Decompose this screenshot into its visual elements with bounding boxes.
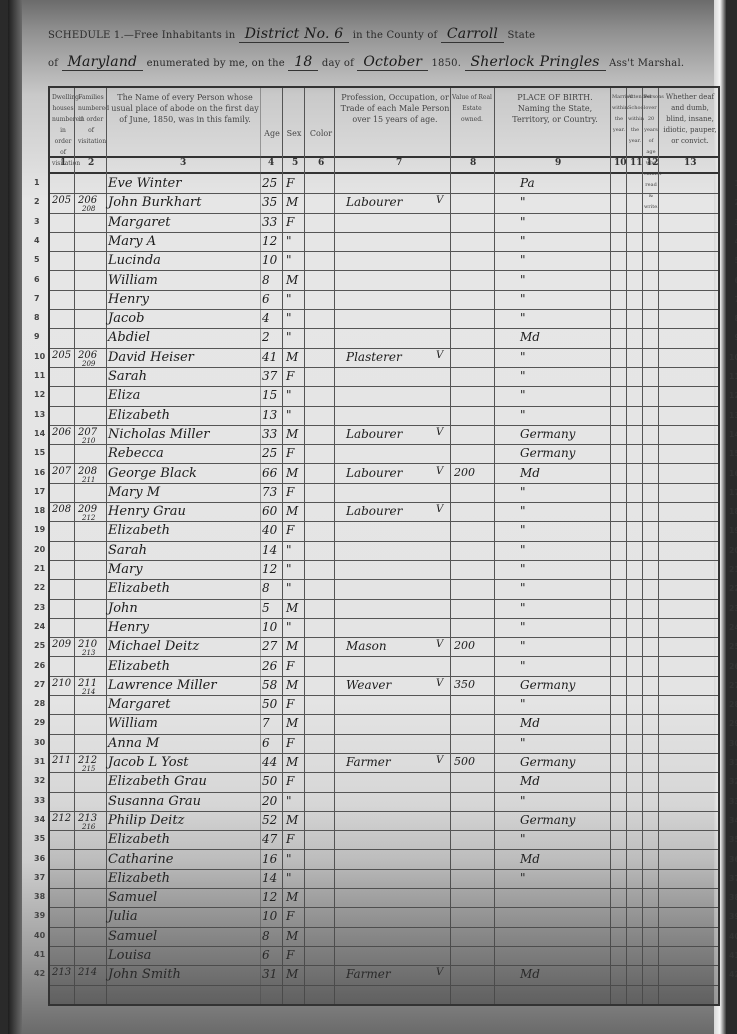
col-header-occupation: Profession, Occupation, or Trade of each… xyxy=(340,92,450,125)
line-number-right: 13 xyxy=(729,411,737,420)
line-number-right: 17 xyxy=(729,488,737,497)
table-row: 2 205 206 208 John Burkhart 35 M Laboure… xyxy=(50,193,718,213)
dwelling-number: 208 xyxy=(52,504,71,515)
birthplace: " xyxy=(520,408,526,422)
person-age: 40 xyxy=(262,523,277,537)
state-prefix: of xyxy=(48,58,58,69)
dwelling-number: 209 xyxy=(52,639,71,650)
line-number-right: 22 xyxy=(729,584,737,593)
line-number-left: 21 xyxy=(34,564,45,573)
line-number-left: 38 xyxy=(34,892,45,901)
table-row: 11 Sarah 37 F " 11 xyxy=(50,367,718,387)
birthplace: " xyxy=(520,504,526,518)
person-age: 16 xyxy=(262,852,277,866)
col-num-3: 3 xyxy=(180,158,186,168)
person-name: Abdiel xyxy=(108,330,150,345)
occupation-check: V xyxy=(436,466,443,477)
person-sex: " xyxy=(286,234,292,248)
occupation-check: V xyxy=(436,967,443,978)
person-age: 41 xyxy=(262,350,277,364)
table-row: 36 Catharine 16 " Md 36 xyxy=(50,850,718,870)
line-number-left: 40 xyxy=(34,931,45,940)
title-line-2: of Maryland enumerated by me, on the 18 … xyxy=(48,54,684,70)
table-row: 9 Abdiel 2 " Md 9 xyxy=(50,328,718,348)
person-occupation: Labourer xyxy=(346,466,402,480)
person-name: Sarah xyxy=(108,543,147,558)
occupation-check: V xyxy=(436,755,443,766)
person-age: 20 xyxy=(262,794,277,808)
dwelling-number: 205 xyxy=(52,350,71,361)
line-number-left: 2 xyxy=(34,197,40,206)
person-name: Margaret xyxy=(108,697,170,712)
birthplace: " xyxy=(520,350,526,364)
col-header-family: Families numbered in order of visitation xyxy=(78,92,104,147)
table-row: 35 Elizabeth 47 F " 35 xyxy=(50,830,718,850)
birthplace: Md xyxy=(520,716,540,730)
birthplace: " xyxy=(520,794,526,808)
real-estate-value: 500 xyxy=(454,755,475,768)
person-sex: M xyxy=(286,716,298,730)
table-row: 10 205 206 209 David Heiser 41 M Plaster… xyxy=(50,348,718,368)
line-number-left: 3 xyxy=(34,217,40,226)
line-number-left: 1 xyxy=(34,178,40,187)
table-row: 6 William 8 M " 6 xyxy=(50,271,718,291)
birthplace: " xyxy=(520,253,526,267)
person-name: George Black xyxy=(108,466,197,481)
year-label: 1850. xyxy=(431,58,461,69)
table-row: 23 John 5 M " 23 xyxy=(50,599,718,619)
person-age: 35 xyxy=(262,195,277,209)
col-num-5: 5 xyxy=(292,158,298,168)
col-num-2: 2 xyxy=(88,158,94,168)
line-number-right: 24 xyxy=(729,623,737,632)
birthplace: Md xyxy=(520,330,540,344)
table-row: 12 Eliza 15 " " 12 xyxy=(50,386,718,406)
person-age: 25 xyxy=(262,176,277,190)
person-age: 60 xyxy=(262,504,277,518)
line-number-left: 11 xyxy=(34,371,45,380)
person-sex: " xyxy=(286,388,292,402)
birthplace: " xyxy=(520,639,526,653)
birthplace: " xyxy=(520,581,526,595)
col-header-real-estate: Value of Real Estate owned. xyxy=(452,92,492,125)
line-number-left: 8 xyxy=(34,313,40,322)
person-age: 33 xyxy=(262,427,277,441)
line-number-left: 16 xyxy=(34,468,45,477)
line-number-right: 31 xyxy=(729,758,737,767)
birthplace: Germany xyxy=(520,446,575,460)
person-name: Elizabeth xyxy=(108,408,170,423)
person-sex: M xyxy=(286,195,298,209)
person-name: Mary M xyxy=(108,485,160,500)
line-number-right: 40 xyxy=(729,932,737,941)
line-number-left: 9 xyxy=(34,332,40,341)
birthplace: " xyxy=(520,562,526,576)
table-row: 13 Elizabeth 13 " " 13 xyxy=(50,406,718,426)
table-row: 42 213 214 John Smith 31 M Farmer V Md 4… xyxy=(50,965,718,985)
county-value: Carroll xyxy=(441,26,504,43)
person-sex: " xyxy=(286,562,292,576)
person-sex: F xyxy=(286,215,294,229)
person-name: Jacob L Yost xyxy=(108,755,188,770)
page-edge-left xyxy=(8,0,22,1034)
person-age: 8 xyxy=(262,581,270,595)
table-row: 1 Eve Winter 25 F Pa 1 xyxy=(50,174,718,194)
line-number-left: 17 xyxy=(34,487,45,496)
line-number-right: 26 xyxy=(729,662,737,671)
person-name: Elizabeth xyxy=(108,581,170,596)
col-num-6: 6 xyxy=(318,158,324,168)
birthplace: Germany xyxy=(520,427,575,441)
line-number-left: 36 xyxy=(34,854,45,863)
birthplace: Md xyxy=(520,852,540,866)
birthplace: " xyxy=(520,369,526,383)
line-number-left: 35 xyxy=(34,834,45,843)
person-age: 14 xyxy=(262,871,277,885)
line-number-left: 42 xyxy=(34,969,45,978)
person-name: David Heiser xyxy=(108,350,194,365)
line-number-left: 15 xyxy=(34,448,45,457)
state-label: State xyxy=(507,30,535,41)
table-row: 25 209 210 213 Michael Deitz 27 M Mason … xyxy=(50,637,718,657)
line-number-left: 6 xyxy=(34,275,40,284)
col-num-8: 8 xyxy=(470,158,476,168)
real-estate-value: 200 xyxy=(454,639,475,652)
person-age: 13 xyxy=(262,408,277,422)
line-number-left: 13 xyxy=(34,410,45,419)
col-header-sex: Sex xyxy=(284,128,304,139)
person-name: Margaret xyxy=(108,215,170,230)
person-sex: M xyxy=(286,466,298,480)
table-row: 29 William 7 M Md 29 xyxy=(50,714,718,734)
table-row: 33 Susanna Grau 20 " " 33 xyxy=(50,792,718,812)
dwelling-number: 206 xyxy=(52,427,71,438)
person-occupation: Labourer xyxy=(346,427,402,441)
person-age: 44 xyxy=(262,755,277,769)
person-name: Henry Grau xyxy=(108,504,186,519)
birthplace: " xyxy=(520,736,526,750)
person-name: Philip Deitz xyxy=(108,813,184,828)
line-number-right: 15 xyxy=(729,449,737,458)
person-name: Elizabeth xyxy=(108,523,170,538)
district-value: District No. 6 xyxy=(239,26,350,43)
line-number-left: 33 xyxy=(34,796,45,805)
state-value: Maryland xyxy=(62,54,144,71)
marshal-label: Ass't Marshal. xyxy=(609,58,684,69)
person-age: 25 xyxy=(262,446,277,460)
column-headers: Dwelling-houses numbered in order of vis… xyxy=(50,88,718,158)
person-age: 4 xyxy=(262,311,270,325)
person-sex: F xyxy=(286,485,294,499)
person-name: William xyxy=(108,716,158,731)
table-row: 21 Mary 12 " " 21 xyxy=(50,560,718,580)
table-row: 20 Sarah 14 " " 20 xyxy=(50,541,718,561)
col-num-1: 1 xyxy=(60,158,66,168)
person-occupation: Weaver xyxy=(346,678,391,692)
person-sex: M xyxy=(286,678,298,692)
person-sex: M xyxy=(286,601,298,615)
day-value: 18 xyxy=(288,54,318,71)
person-age: 6 xyxy=(262,948,270,962)
person-sex: " xyxy=(286,330,292,344)
birthplace: " xyxy=(520,292,526,306)
birthplace: " xyxy=(520,215,526,229)
line-number-left: 25 xyxy=(34,641,45,650)
person-age: 37 xyxy=(262,369,277,383)
person-sex: M xyxy=(286,813,298,827)
line-number-left: 28 xyxy=(34,699,45,708)
family-number: 214 xyxy=(78,967,97,978)
line-number-right: 11 xyxy=(729,372,737,381)
person-name: Samuel xyxy=(108,929,157,944)
line-number-right: 38 xyxy=(729,893,737,902)
table-row: 4 Mary A 12 " " 4 xyxy=(50,232,718,252)
table-row: 7 Henry 6 " " 7 xyxy=(50,290,718,310)
person-occupation: Mason xyxy=(346,639,387,653)
person-sex: M xyxy=(286,967,298,981)
occupation-check: V xyxy=(436,504,443,515)
person-name: Elizabeth xyxy=(108,871,170,886)
line-number-right: 23 xyxy=(729,604,737,613)
table-row: 17 Mary M 73 F " 17 xyxy=(50,483,718,503)
table-row: 39 Julia 10 F 39 xyxy=(50,907,718,927)
person-sex: " xyxy=(286,543,292,557)
person-name: Mary A xyxy=(108,234,156,249)
line-number-right: 29 xyxy=(729,719,737,728)
person-age: 8 xyxy=(262,929,270,943)
line-number-left: 5 xyxy=(34,255,40,264)
col-num-4: 4 xyxy=(268,158,274,168)
person-name: John xyxy=(108,601,138,616)
person-age: 66 xyxy=(262,466,277,480)
birthplace: Pa xyxy=(520,176,535,190)
person-sex: M xyxy=(286,929,298,943)
person-name: John Burkhart xyxy=(108,195,202,210)
line-number-right: 18 xyxy=(729,507,737,516)
line-number-left: 4 xyxy=(34,236,40,245)
col-num-11: 11 xyxy=(630,158,643,168)
line-number-left: 12 xyxy=(34,390,45,399)
person-age: 47 xyxy=(262,832,277,846)
person-name: Jacob xyxy=(108,311,144,326)
line-number-right: 14 xyxy=(729,430,737,439)
table-row: 41 Louisa 6 F 41 xyxy=(50,946,718,966)
col-num-10: 10 xyxy=(614,158,627,168)
table-row: 40 Samuel 8 M 40 xyxy=(50,927,718,947)
table-row: 14 206 207 210 Nicholas Miller 33 M Labo… xyxy=(50,425,718,445)
person-sex: M xyxy=(286,890,298,904)
person-age: 10 xyxy=(262,253,277,267)
person-name: Mary xyxy=(108,562,143,577)
birthplace: " xyxy=(520,234,526,248)
table-row: 38 Samuel 12 M 38 xyxy=(50,888,718,908)
person-age: 31 xyxy=(262,967,277,981)
line-number-right: 20 xyxy=(729,546,737,555)
county-label: in the County of xyxy=(353,30,438,41)
line-number-right: 19 xyxy=(729,526,737,535)
title-line-1: SCHEDULE 1.—Free Inhabitants in District… xyxy=(48,26,535,42)
person-name: Elizabeth Grau xyxy=(108,774,207,789)
line-number-left: 31 xyxy=(34,757,45,766)
person-name: Eve Winter xyxy=(108,176,181,191)
person-name: Eliza xyxy=(108,388,140,403)
person-sex: " xyxy=(286,581,292,595)
table-row: 27 210 211 214 Lawrence Miller 58 M Weav… xyxy=(50,676,718,696)
line-number-left: 22 xyxy=(34,583,45,592)
line-number-left: 23 xyxy=(34,603,45,612)
person-occupation: Labourer xyxy=(346,504,402,518)
birthplace: Germany xyxy=(520,755,575,769)
occupation-check: V xyxy=(436,350,443,361)
line-number-right: 32 xyxy=(729,777,737,786)
person-age: 12 xyxy=(262,890,277,904)
dwelling-number: 212 xyxy=(52,813,71,824)
person-sex: F xyxy=(286,446,294,460)
person-age: 27 xyxy=(262,639,277,653)
person-sex: " xyxy=(286,852,292,866)
person-age: 6 xyxy=(262,736,270,750)
person-age: 73 xyxy=(262,485,277,499)
occupation-check: V xyxy=(436,639,443,650)
col-num-13: 13 xyxy=(684,158,697,168)
line-number-left: 24 xyxy=(34,622,45,631)
person-age: 14 xyxy=(262,543,277,557)
census-table: Dwelling-houses numbered in order of vis… xyxy=(48,86,720,1006)
birthplace: " xyxy=(520,601,526,615)
person-occupation: Farmer xyxy=(346,755,391,769)
birthplace: " xyxy=(520,697,526,711)
table-row: 32 Elizabeth Grau 50 F Md 32 xyxy=(50,772,718,792)
month-label: day of xyxy=(322,58,354,69)
line-number-left: 10 xyxy=(34,352,45,361)
dwelling-number: 210 xyxy=(52,678,71,689)
birthplace: " xyxy=(520,620,526,634)
person-name: Samuel xyxy=(108,890,157,905)
table-row: 18 208 209 212 Henry Grau 60 M Labourer … xyxy=(50,502,718,522)
person-sex: F xyxy=(286,697,294,711)
person-occupation: Labourer xyxy=(346,195,402,209)
person-name: Anna M xyxy=(108,736,159,751)
line-number-right: 42 xyxy=(729,970,737,979)
line-number-left: 37 xyxy=(34,873,45,882)
birthplace: " xyxy=(520,659,526,673)
person-age: 6 xyxy=(262,292,270,306)
table-row: 8 Jacob 4 " " 8 xyxy=(50,309,718,329)
table-row: 34 212 213 216 Philip Deitz 52 M Germany… xyxy=(50,811,718,831)
person-occupation: Farmer xyxy=(346,967,391,981)
line-number-left: 29 xyxy=(34,718,45,727)
person-sex: F xyxy=(286,948,294,962)
table-row: 16 207 208 211 George Black 66 M Laboure… xyxy=(50,464,718,484)
line-number-left: 30 xyxy=(34,738,45,747)
birthplace: " xyxy=(520,388,526,402)
person-name: Elizabeth xyxy=(108,832,170,847)
person-sex: F xyxy=(286,774,294,788)
birthplace: " xyxy=(520,311,526,325)
line-number-left: 26 xyxy=(34,661,45,670)
person-sex: M xyxy=(286,504,298,518)
col-header-age: Age xyxy=(262,128,282,139)
col-header-color: Color xyxy=(308,128,334,139)
line-number-right: 41 xyxy=(729,951,737,960)
table-row: 28 Margaret 50 F " 28 xyxy=(50,695,718,715)
line-number-right: 21 xyxy=(729,565,737,574)
person-sex: F xyxy=(286,909,294,923)
person-sex: F xyxy=(286,369,294,383)
line-number-left: 7 xyxy=(34,294,40,303)
line-number-right: 16 xyxy=(729,469,737,478)
table-row: 3 Margaret 33 F " 3 xyxy=(50,213,718,233)
person-sex: " xyxy=(286,871,292,885)
line-number-left: 18 xyxy=(34,506,45,515)
line-number-left: 27 xyxy=(34,680,45,689)
real-estate-value: 350 xyxy=(454,678,475,691)
person-sex: " xyxy=(286,620,292,634)
person-name: Nicholas Miller xyxy=(108,427,209,442)
table-row: 5 Lucinda 10 " " 5 xyxy=(50,251,718,271)
marshal-value: Sherlock Pringles xyxy=(465,54,606,71)
line-number-right: 34 xyxy=(729,816,737,825)
person-sex: " xyxy=(286,311,292,325)
col-header-infirmity: Whether deaf and dumb, blind, insane, id… xyxy=(662,92,718,147)
birthplace: Md xyxy=(520,466,540,480)
table-row: 31 211 212 215 Jacob L Yost 44 M Farmer … xyxy=(50,753,718,773)
line-number-right: 35 xyxy=(729,835,737,844)
line-number-right: 30 xyxy=(729,739,737,748)
person-sex: M xyxy=(286,350,298,364)
person-sex: F xyxy=(286,523,294,537)
col-num-12: 12 xyxy=(646,158,659,168)
dwelling-number: 213 xyxy=(52,967,71,978)
table-row: 24 Henry 10 " " 24 xyxy=(50,618,718,638)
person-name: Henry xyxy=(108,292,149,307)
birthplace: Germany xyxy=(520,678,575,692)
col-header-birthplace: PLACE OF BIRTH. Naming the State, Territ… xyxy=(500,92,610,125)
person-age: 50 xyxy=(262,774,277,788)
line-number-right: 12 xyxy=(729,391,737,400)
real-estate-value: 200 xyxy=(454,466,475,479)
birthplace: " xyxy=(520,832,526,846)
person-age: 33 xyxy=(262,215,277,229)
line-number-left: 14 xyxy=(34,429,45,438)
person-age: 7 xyxy=(262,716,270,730)
line-number-left: 19 xyxy=(34,525,45,534)
dwelling-number: 211 xyxy=(52,755,71,766)
person-sex: F xyxy=(286,736,294,750)
occupation-check: V xyxy=(436,195,443,206)
line-number-right: 36 xyxy=(729,855,737,864)
line-number-right: 28 xyxy=(729,700,737,709)
line-number-right: 37 xyxy=(729,874,737,883)
person-sex: " xyxy=(286,292,292,306)
person-sex: M xyxy=(286,639,298,653)
line-number-left: 41 xyxy=(34,950,45,959)
line-number-right: 39 xyxy=(729,912,737,921)
dwelling-number: 205 xyxy=(52,195,71,206)
person-name: Lawrence Miller xyxy=(108,678,217,693)
person-name: Elizabeth xyxy=(108,659,170,674)
person-sex: M xyxy=(286,273,298,287)
table-row: 26 Elizabeth 26 F " 26 xyxy=(50,657,718,677)
person-name: Julia xyxy=(108,909,138,924)
person-age: 58 xyxy=(262,678,277,692)
person-age: 12 xyxy=(262,562,277,576)
col-header-school: Attended School within the year. xyxy=(628,92,642,147)
person-name: Lucinda xyxy=(108,253,161,268)
person-name: John Smith xyxy=(108,967,181,982)
line-number-left: 34 xyxy=(34,815,45,824)
person-sex: M xyxy=(286,427,298,441)
